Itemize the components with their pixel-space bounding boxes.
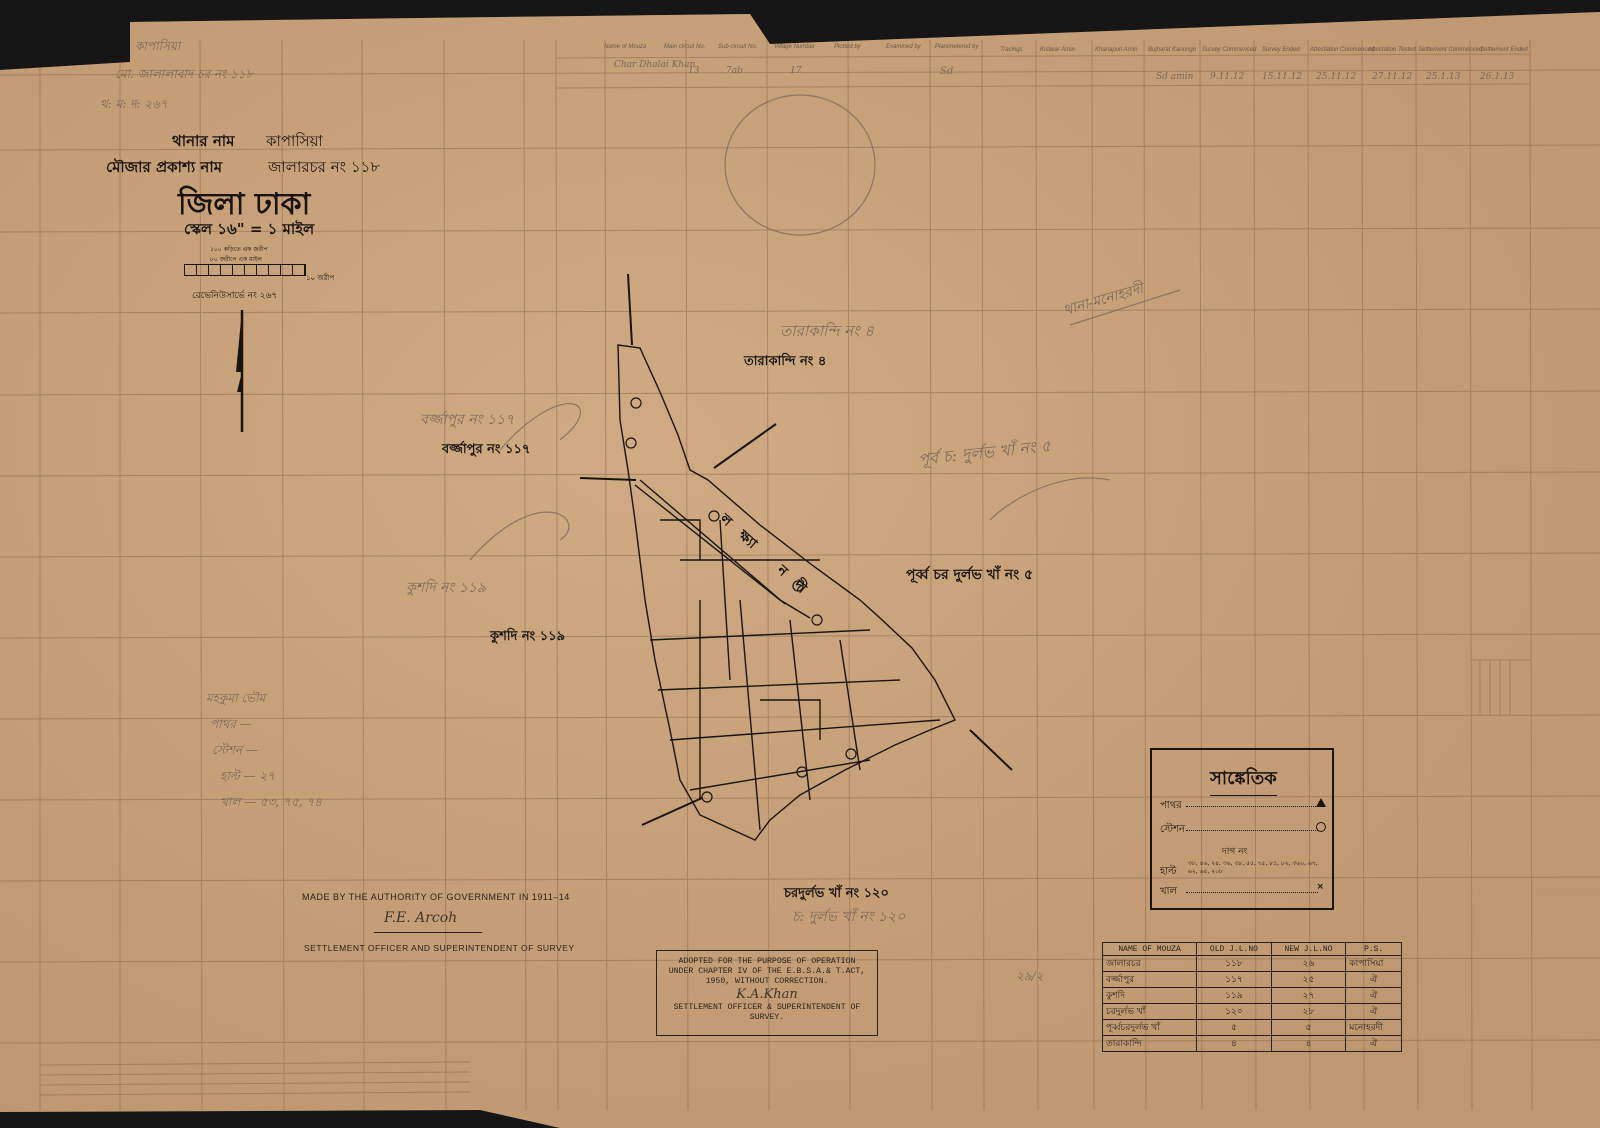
mouza-table: NAME OF MOUZA OLD J.L.NO NEW J.L.NO P.S.…	[1102, 942, 1402, 1052]
north-arrow-icon	[236, 310, 242, 432]
table-row: চরদুর্লভ খাঁ ১২০ ২৮ ঐ	[1103, 1004, 1402, 1020]
pencil-note-mouza: মো. জালালাবাদ চর নং ১১৮	[115, 66, 253, 86]
boundary-label-east: পূর্ব্ব চর দুর্লভ খাঁ নং ৫	[906, 563, 1033, 587]
circle-icon	[1316, 822, 1326, 832]
mouza-table-header: NAME OF MOUZA OLD J.L.NO NEW J.L.NO P.S.	[1103, 943, 1402, 956]
legend-row-halt: হাল্ট	[1160, 864, 1176, 881]
adoption-stamp: ADOPTED FOR THE PURPOSE OF OPERATION UND…	[656, 950, 878, 1036]
revenue-survey-ref: রেভেনিউসার্ভে নং ২৬৭	[192, 288, 277, 303]
table-row: তারাকান্দি ৪ ৪ ঐ	[1103, 1036, 1402, 1052]
cadastral-map-sheet: কাপাসিয়া মো. জালালাবাদ চর নং ১১৮ থ: ম: …	[0, 0, 1600, 1128]
boundary-label-south: চরদুর্লভ খাঁ নং ১২০	[784, 884, 889, 905]
table-row: জালারচর ১১৮ ২৬ কাপাসিয়া	[1103, 956, 1402, 972]
stamp-signature: K.A.Khan	[657, 987, 877, 1003]
legend-halt-plots: ৩৮, ৪৬, ২৪, ৩৬, ৩৮, ৫৫, ৭৫, ৮১, ৮২, ৩৬০,…	[1188, 860, 1324, 876]
scale-text: স্কেল ১৬" = ১ মাইল	[184, 218, 314, 243]
pencil-note-north: তারাকান্দি নং ৪	[780, 320, 874, 345]
mouza-value: জালারচর নং ১১৮	[268, 156, 380, 181]
table-row: বর্জ্জাপুর ১১৭ ২৫ ঐ	[1103, 972, 1402, 988]
legend-row-station: স্টেশন	[1160, 822, 1185, 839]
pencil-note-south: চ: দুর্লভ খাঁ নং ১২০	[792, 905, 905, 929]
legend-row-canal: খাল	[1160, 884, 1177, 901]
pencil-note-bottom-right: ২৯/২	[1016, 968, 1043, 988]
triangle-icon	[1316, 798, 1326, 807]
pencil-note-southwest: কুশদি নং ১১৯	[406, 576, 486, 600]
scale-bar	[184, 264, 306, 276]
legend-title: সাঙ্কেতিক	[1210, 764, 1277, 796]
legend-box: সাঙ্কেতিক পাথর স্টেশন দাগ নং হাল্ট ৩৮, ৪…	[1150, 748, 1334, 910]
thana-label: থানার নাম	[172, 130, 234, 155]
pencil-note-thana: কাপাসিয়া	[135, 38, 180, 58]
boundary-label-northwest: বর্জ্জাপুর নং ১১৭	[442, 440, 530, 461]
legend-plot-no: দাগ নং	[1222, 844, 1247, 859]
scale-unit-label: ১০ জরীপ	[306, 272, 334, 284]
authority-line: MADE BY THE AUTHORITY OF GOVERNMENT IN 1…	[302, 892, 570, 902]
table-row: কুশদি ১১৯ ২৭ ঐ	[1103, 988, 1402, 1004]
authority-officer: SETTLEMENT OFFICER AND SUPERINTENDENT OF…	[304, 943, 575, 953]
authority-signature: F.E. Arcoh	[384, 910, 457, 926]
thana-value: কাপাসিয়া	[266, 130, 323, 155]
mouza-label: মৌজার প্রকাশ্য নাম	[106, 156, 222, 181]
pencil-note-northwest: বর্জ্জাপুর নং ১১৭	[420, 408, 514, 432]
boundary-label-southwest: কুশদি নং ১১৯	[490, 627, 565, 648]
boundary-label-north: তারাকান্দি নং ৪	[744, 352, 826, 373]
x-icon: ×	[1316, 882, 1324, 892]
legend-row-stone: পাথর	[1160, 798, 1182, 815]
pencil-note-survey-no: থ: ম: দ: ২৬৭	[100, 96, 168, 116]
table-row: পূর্ব্বচরদুর্লভ খাঁ ৫ ৫ মনোহরদী	[1103, 1020, 1402, 1036]
